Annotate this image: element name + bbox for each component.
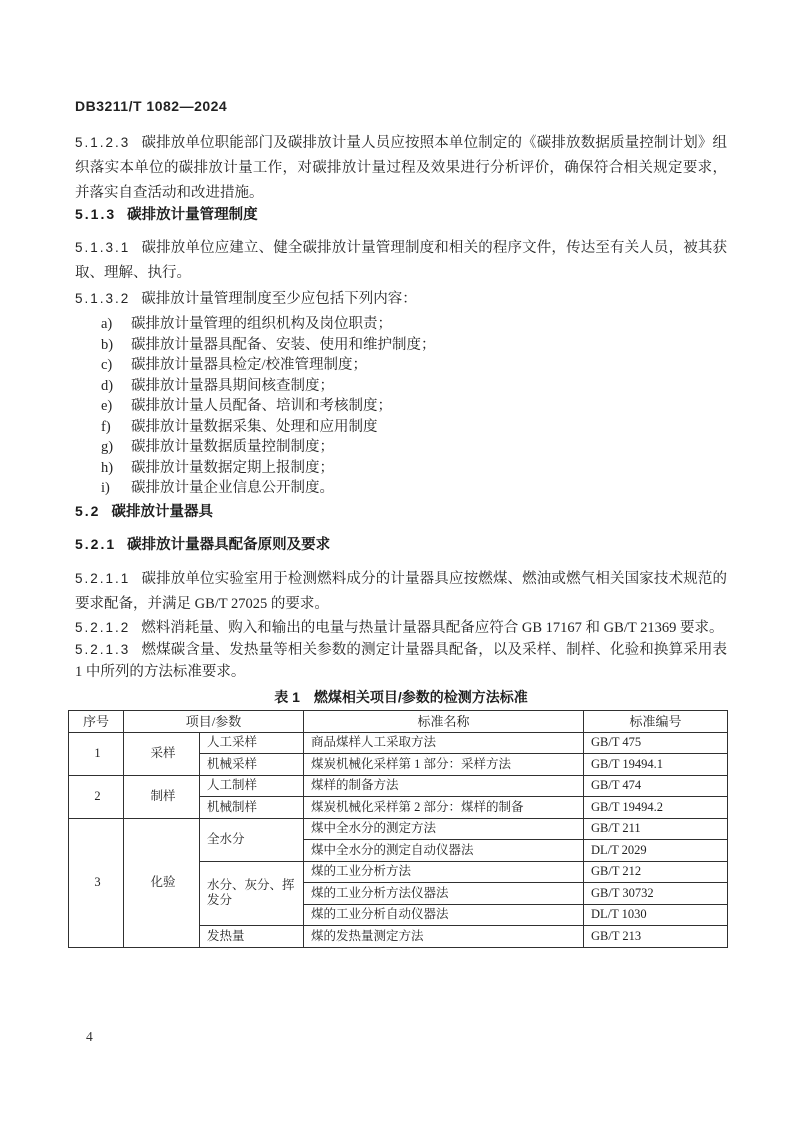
table-1-detection-method-standards: 序号 项目/参数 标准名称 标准编号 1 采样 人工采样 商品煤样人工采取方法 … <box>68 710 728 948</box>
list-marker: i) <box>101 478 117 499</box>
list-item: f)碳排放计量数据采集、处理和应用制度 <box>101 417 727 438</box>
clause-list: a)碳排放计量管理的组织机构及岗位职责； b)碳排放计量器具配备、安装、使用和维… <box>75 314 727 499</box>
cell-standard-code: GB/T 19494.2 <box>584 797 728 819</box>
list-text: 碳排放计量数据定期上报制度； <box>131 460 334 476</box>
cell-subparam: 人工采样 <box>200 732 304 754</box>
list-marker: g) <box>101 437 117 458</box>
table-row: 2 制样 人工制样 煤样的制备方法 GB/T 474 <box>69 775 728 797</box>
heading-5-1-3: 5.1.3碳排放计量管理制度 <box>75 206 727 223</box>
cell-subparam: 人工制样 <box>200 775 304 797</box>
clause-text: 碳排放单位应建立、健全碳排放计量管理制度和相关的程序文件，传达至有关人员，被其获… <box>75 240 727 281</box>
cell-standard-name: 煤中全水分的测定自动仪器法 <box>304 840 584 862</box>
heading-number: 5.2.1 <box>75 536 116 552</box>
cell-standard-name: 煤的工业分析方法 <box>304 861 584 883</box>
clause-5-2-1-2: 5.2.1.2燃料消耗量、购入和输出的电量与热量计量器具配备应符合 GB 171… <box>75 617 727 639</box>
heading-title: 碳排放计量管理制度 <box>127 207 258 223</box>
cell-standard-name: 煤的工业分析自动仪器法 <box>304 904 584 926</box>
list-text: 碳排放计量器具检定/校准管理制度； <box>131 357 367 373</box>
cell-subparam: 发热量 <box>200 926 304 948</box>
document-page: DB3211/T 1082—2024 5.1.2.3碳排放单位职能部门及碳排放计… <box>0 0 794 1123</box>
heading-5-2-1: 5.2.1碳排放计量器具配备原则及要求 <box>75 536 727 553</box>
list-item: g)碳排放计量数据质量控制制度； <box>101 437 727 458</box>
heading-number: 5.2 <box>75 503 100 519</box>
list-marker: a) <box>101 314 117 335</box>
cell-standard-code: DL/T 1030 <box>584 904 728 926</box>
list-item: b)碳排放计量器具配备、安装、使用和维护制度； <box>101 335 727 356</box>
cell-subparam: 全水分 <box>200 818 304 861</box>
clause-5-2-1-3: 5.2.1.3燃煤碳含量、发热量等相关参数的测定计量器具配备，以及采样、制样、化… <box>75 639 727 683</box>
cell-category: 制样 <box>124 775 200 818</box>
list-marker: c) <box>101 355 117 376</box>
cell-subparam: 机械采样 <box>200 754 304 776</box>
clause-number: 5.1.3.1 <box>75 240 130 255</box>
clause-5-2-1-1: 5.2.1.1碳排放单位实验室用于检测燃料成分的计量器具应按燃煤、燃油或燃气相关… <box>75 566 727 617</box>
doc-code: DB3211/T 1082—2024 <box>75 98 727 114</box>
clause-text: 碳排放单位职能部门及碳排放计量人员应按照本单位制定的《碳排放数据质量控制计划》组… <box>75 135 727 201</box>
clause-text: 碳排放计量管理制度至少应包括下列内容： <box>141 291 417 307</box>
list-item: h)碳排放计量数据定期上报制度； <box>101 458 727 479</box>
clause-number: 5.2.1.3 <box>75 642 130 657</box>
col-header-code: 标准编号 <box>584 710 728 732</box>
list-marker: b) <box>101 335 117 356</box>
list-text: 碳排放计量人员配备、培训和考核制度； <box>131 398 392 414</box>
cell-seq: 3 <box>69 818 124 947</box>
cell-standard-name: 煤炭机械化采样第 1 部分：采样方法 <box>304 754 584 776</box>
cell-standard-code: GB/T 211 <box>584 818 728 840</box>
clause-text: 燃煤碳含量、发热量等相关参数的测定计量器具配备，以及采样、制样、化验和换算采用表… <box>75 642 727 680</box>
clause-number: 5.2.1.1 <box>75 571 130 586</box>
list-item: d)碳排放计量器具期间核查制度； <box>101 376 727 397</box>
list-text: 碳排放计量数据采集、处理和应用制度 <box>131 419 378 435</box>
cell-standard-code: GB/T 19494.1 <box>584 754 728 776</box>
list-text: 碳排放计量器具期间核查制度； <box>131 378 334 394</box>
cell-standard-code: GB/T 212 <box>584 861 728 883</box>
cell-standard-name: 煤炭机械化采样第 2 部分：煤样的制备 <box>304 797 584 819</box>
cell-category: 采样 <box>124 732 200 775</box>
cell-standard-code: GB/T 30732 <box>584 883 728 905</box>
cell-standard-code: DL/T 2029 <box>584 840 728 862</box>
heading-number: 5.1.3 <box>75 206 116 222</box>
heading-title: 碳排放计量器具 <box>111 504 213 520</box>
cell-standard-name: 煤中全水分的测定方法 <box>304 818 584 840</box>
cell-subparam: 机械制样 <box>200 797 304 819</box>
cell-standard-code: GB/T 475 <box>584 732 728 754</box>
list-text: 碳排放计量器具配备、安装、使用和维护制度； <box>131 337 436 353</box>
list-item: a)碳排放计量管理的组织机构及岗位职责； <box>101 314 727 335</box>
table-row: 1 采样 人工采样 商品煤样人工采取方法 GB/T 475 <box>69 732 728 754</box>
list-item: c)碳排放计量器具检定/校准管理制度； <box>101 355 727 376</box>
clause-text: 燃料消耗量、购入和输出的电量与热量计量器具配备应符合 GB 17167 和 GB… <box>141 620 723 636</box>
clause-5-1-3-1: 5.1.3.1碳排放单位应建立、健全碳排放计量管理制度和相关的程序文件，传达至有… <box>75 235 727 286</box>
list-item: i)碳排放计量企业信息公开制度。 <box>101 478 727 499</box>
col-header-item: 项目/参数 <box>124 710 304 732</box>
list-marker: d) <box>101 376 117 397</box>
cell-subparam: 水分、灰分、挥发分 <box>200 861 304 926</box>
clause-number: 5.2.1.2 <box>75 620 130 635</box>
list-marker: f) <box>101 417 117 438</box>
cell-category: 化验 <box>124 818 200 947</box>
clause-text: 碳排放单位实验室用于检测燃料成分的计量器具应按燃煤、燃油或燃气相关国家技术规范的… <box>75 571 727 612</box>
cell-standard-name: 煤的发热量测定方法 <box>304 926 584 948</box>
list-text: 碳排放计量企业信息公开制度。 <box>131 480 334 496</box>
list-item: e)碳排放计量人员配备、培训和考核制度； <box>101 396 727 417</box>
cell-seq: 1 <box>69 732 124 775</box>
cell-standard-code: GB/T 474 <box>584 775 728 797</box>
cell-standard-name: 煤样的制备方法 <box>304 775 584 797</box>
table-header-row: 序号 项目/参数 标准名称 标准编号 <box>69 710 728 732</box>
clause-number: 5.1.3.2 <box>75 291 130 306</box>
cell-seq: 2 <box>69 775 124 818</box>
heading-title: 碳排放计量器具配备原则及要求 <box>127 537 330 553</box>
table-row: 3 化验 全水分 煤中全水分的测定方法 GB/T 211 <box>69 818 728 840</box>
col-header-name: 标准名称 <box>304 710 584 732</box>
list-text: 碳排放计量数据质量控制制度； <box>131 439 334 455</box>
list-text: 碳排放计量管理的组织机构及岗位职责； <box>131 316 392 332</box>
list-marker: e) <box>101 396 117 417</box>
clause-5-1-2-3: 5.1.2.3碳排放单位职能部门及碳排放计量人员应按照本单位制定的《碳排放数据质… <box>75 130 727 206</box>
col-header-seq: 序号 <box>69 710 124 732</box>
cell-standard-name: 煤的工业分析方法仪器法 <box>304 883 584 905</box>
cell-standard-code: GB/T 213 <box>584 926 728 948</box>
heading-5-2: 5.2碳排放计量器具 <box>75 503 727 520</box>
clause-number: 5.1.2.3 <box>75 135 130 150</box>
table-caption: 表 1 燃煤相关项目/参数的检测方法标准 <box>75 689 727 705</box>
cell-standard-name: 商品煤样人工采取方法 <box>304 732 584 754</box>
clause-5-1-3-2: 5.1.3.2碳排放计量管理制度至少应包括下列内容： <box>75 286 727 312</box>
list-marker: h) <box>101 458 117 479</box>
page-number: 4 <box>86 1029 93 1045</box>
